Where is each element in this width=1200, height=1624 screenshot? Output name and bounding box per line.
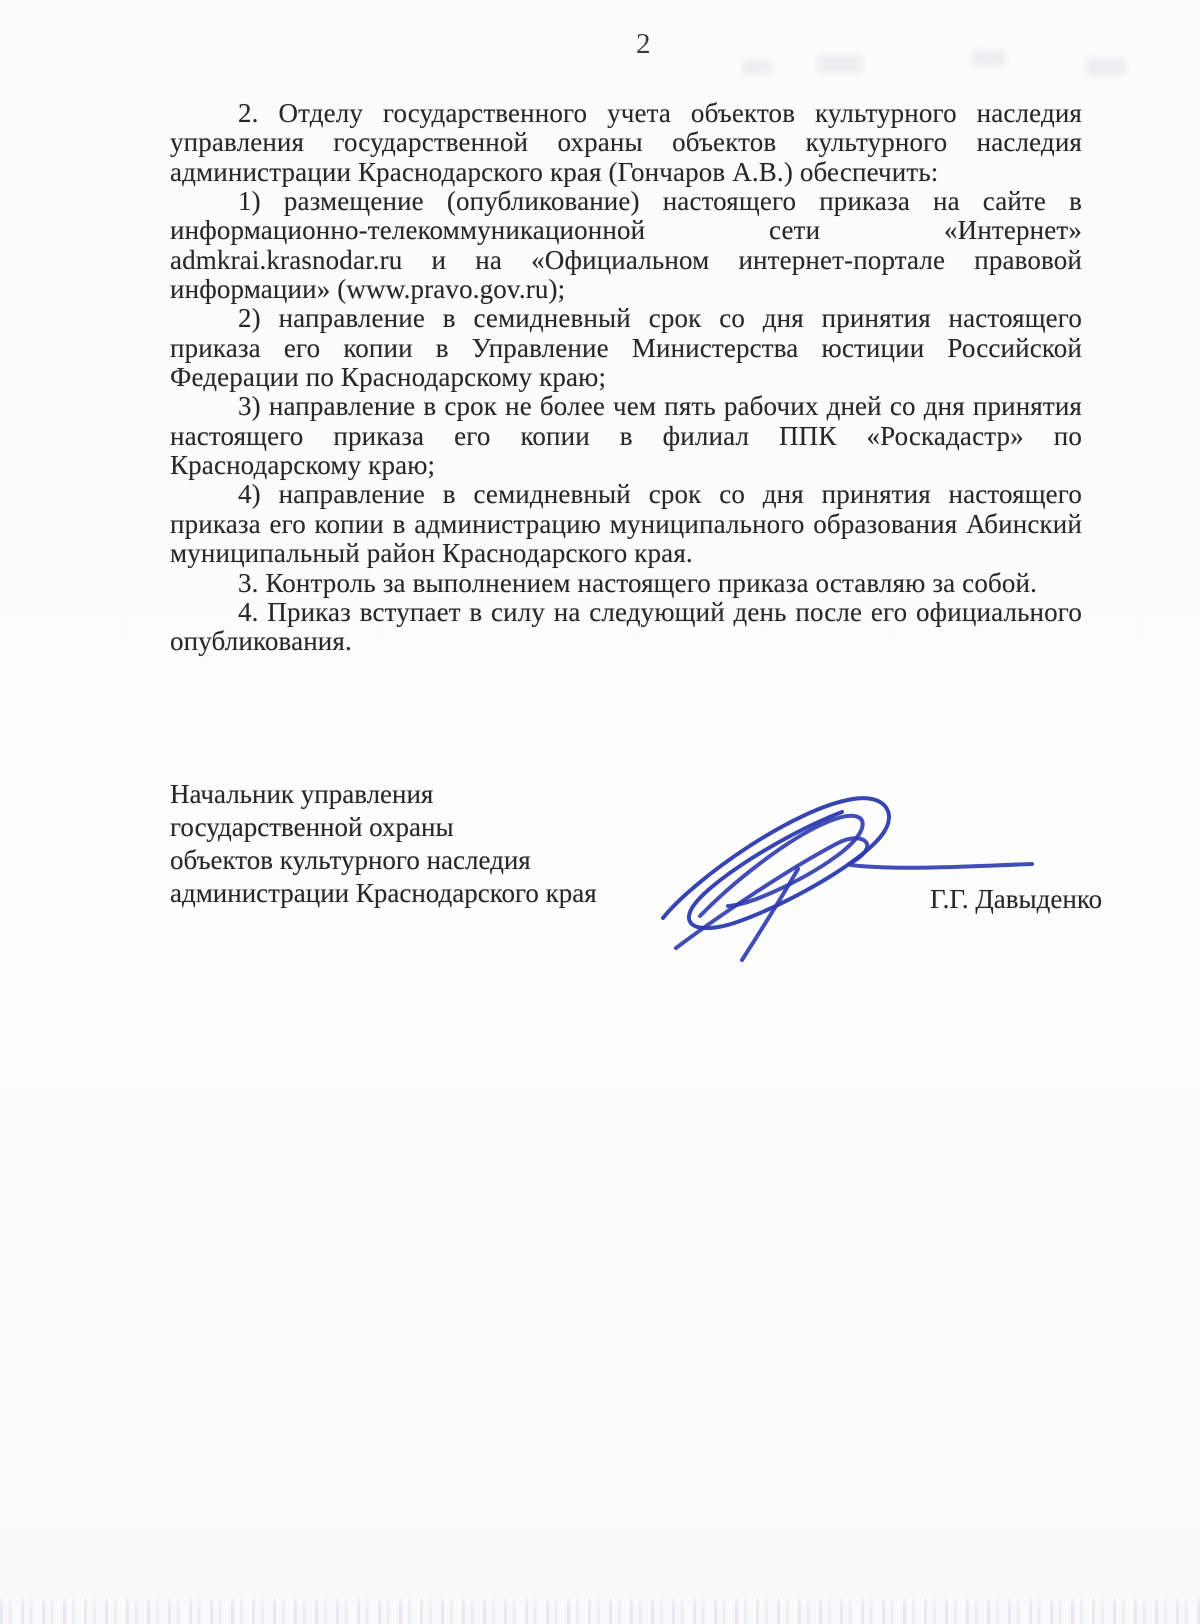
signer-name: Г.Г. Давыденко [930, 884, 1102, 915]
signature-position-line: администрации Краснодарского края [170, 877, 597, 910]
signature-position-block: Начальник управления государственной охр… [170, 778, 597, 910]
paragraph-subitem-2: 2) направление в семидневный срок со дня… [170, 304, 1082, 392]
signature-position-line: государственной охраны [170, 811, 597, 844]
scan-smudge [818, 55, 862, 73]
paragraph-subitem-3: 3) направление в срок не более чем пять … [170, 392, 1082, 480]
scanned-document-page: 2 2. Отделу государственного учета объек… [0, 0, 1200, 1624]
paragraph-order-item-4: 4. Приказ вступает в силу на следующий д… [170, 598, 1082, 657]
paragraph-subitem-1: 1) размещение (опубликование) настоящего… [170, 187, 1082, 304]
signature-ink [615, 775, 1055, 970]
paragraph-order-item-3: 3. Контроль за выполнением настоящего пр… [170, 569, 1082, 598]
signature-position-line: Начальник управления [170, 778, 597, 811]
signature-position-line: объектов культурного наследия [170, 844, 597, 877]
paragraph-order-item-2: 2. Отделу государственного учета объекто… [170, 99, 1082, 187]
scan-artifact-band [0, 1594, 1200, 1624]
document-body: 2. Отделу государственного учета объекто… [170, 99, 1082, 657]
scan-smudge [972, 50, 1006, 66]
scan-smudge [742, 60, 772, 74]
paragraph-subitem-4: 4) направление в семидневный срок со дня… [170, 480, 1082, 568]
page-number: 2 [636, 28, 651, 61]
scan-smudge [1086, 58, 1126, 76]
